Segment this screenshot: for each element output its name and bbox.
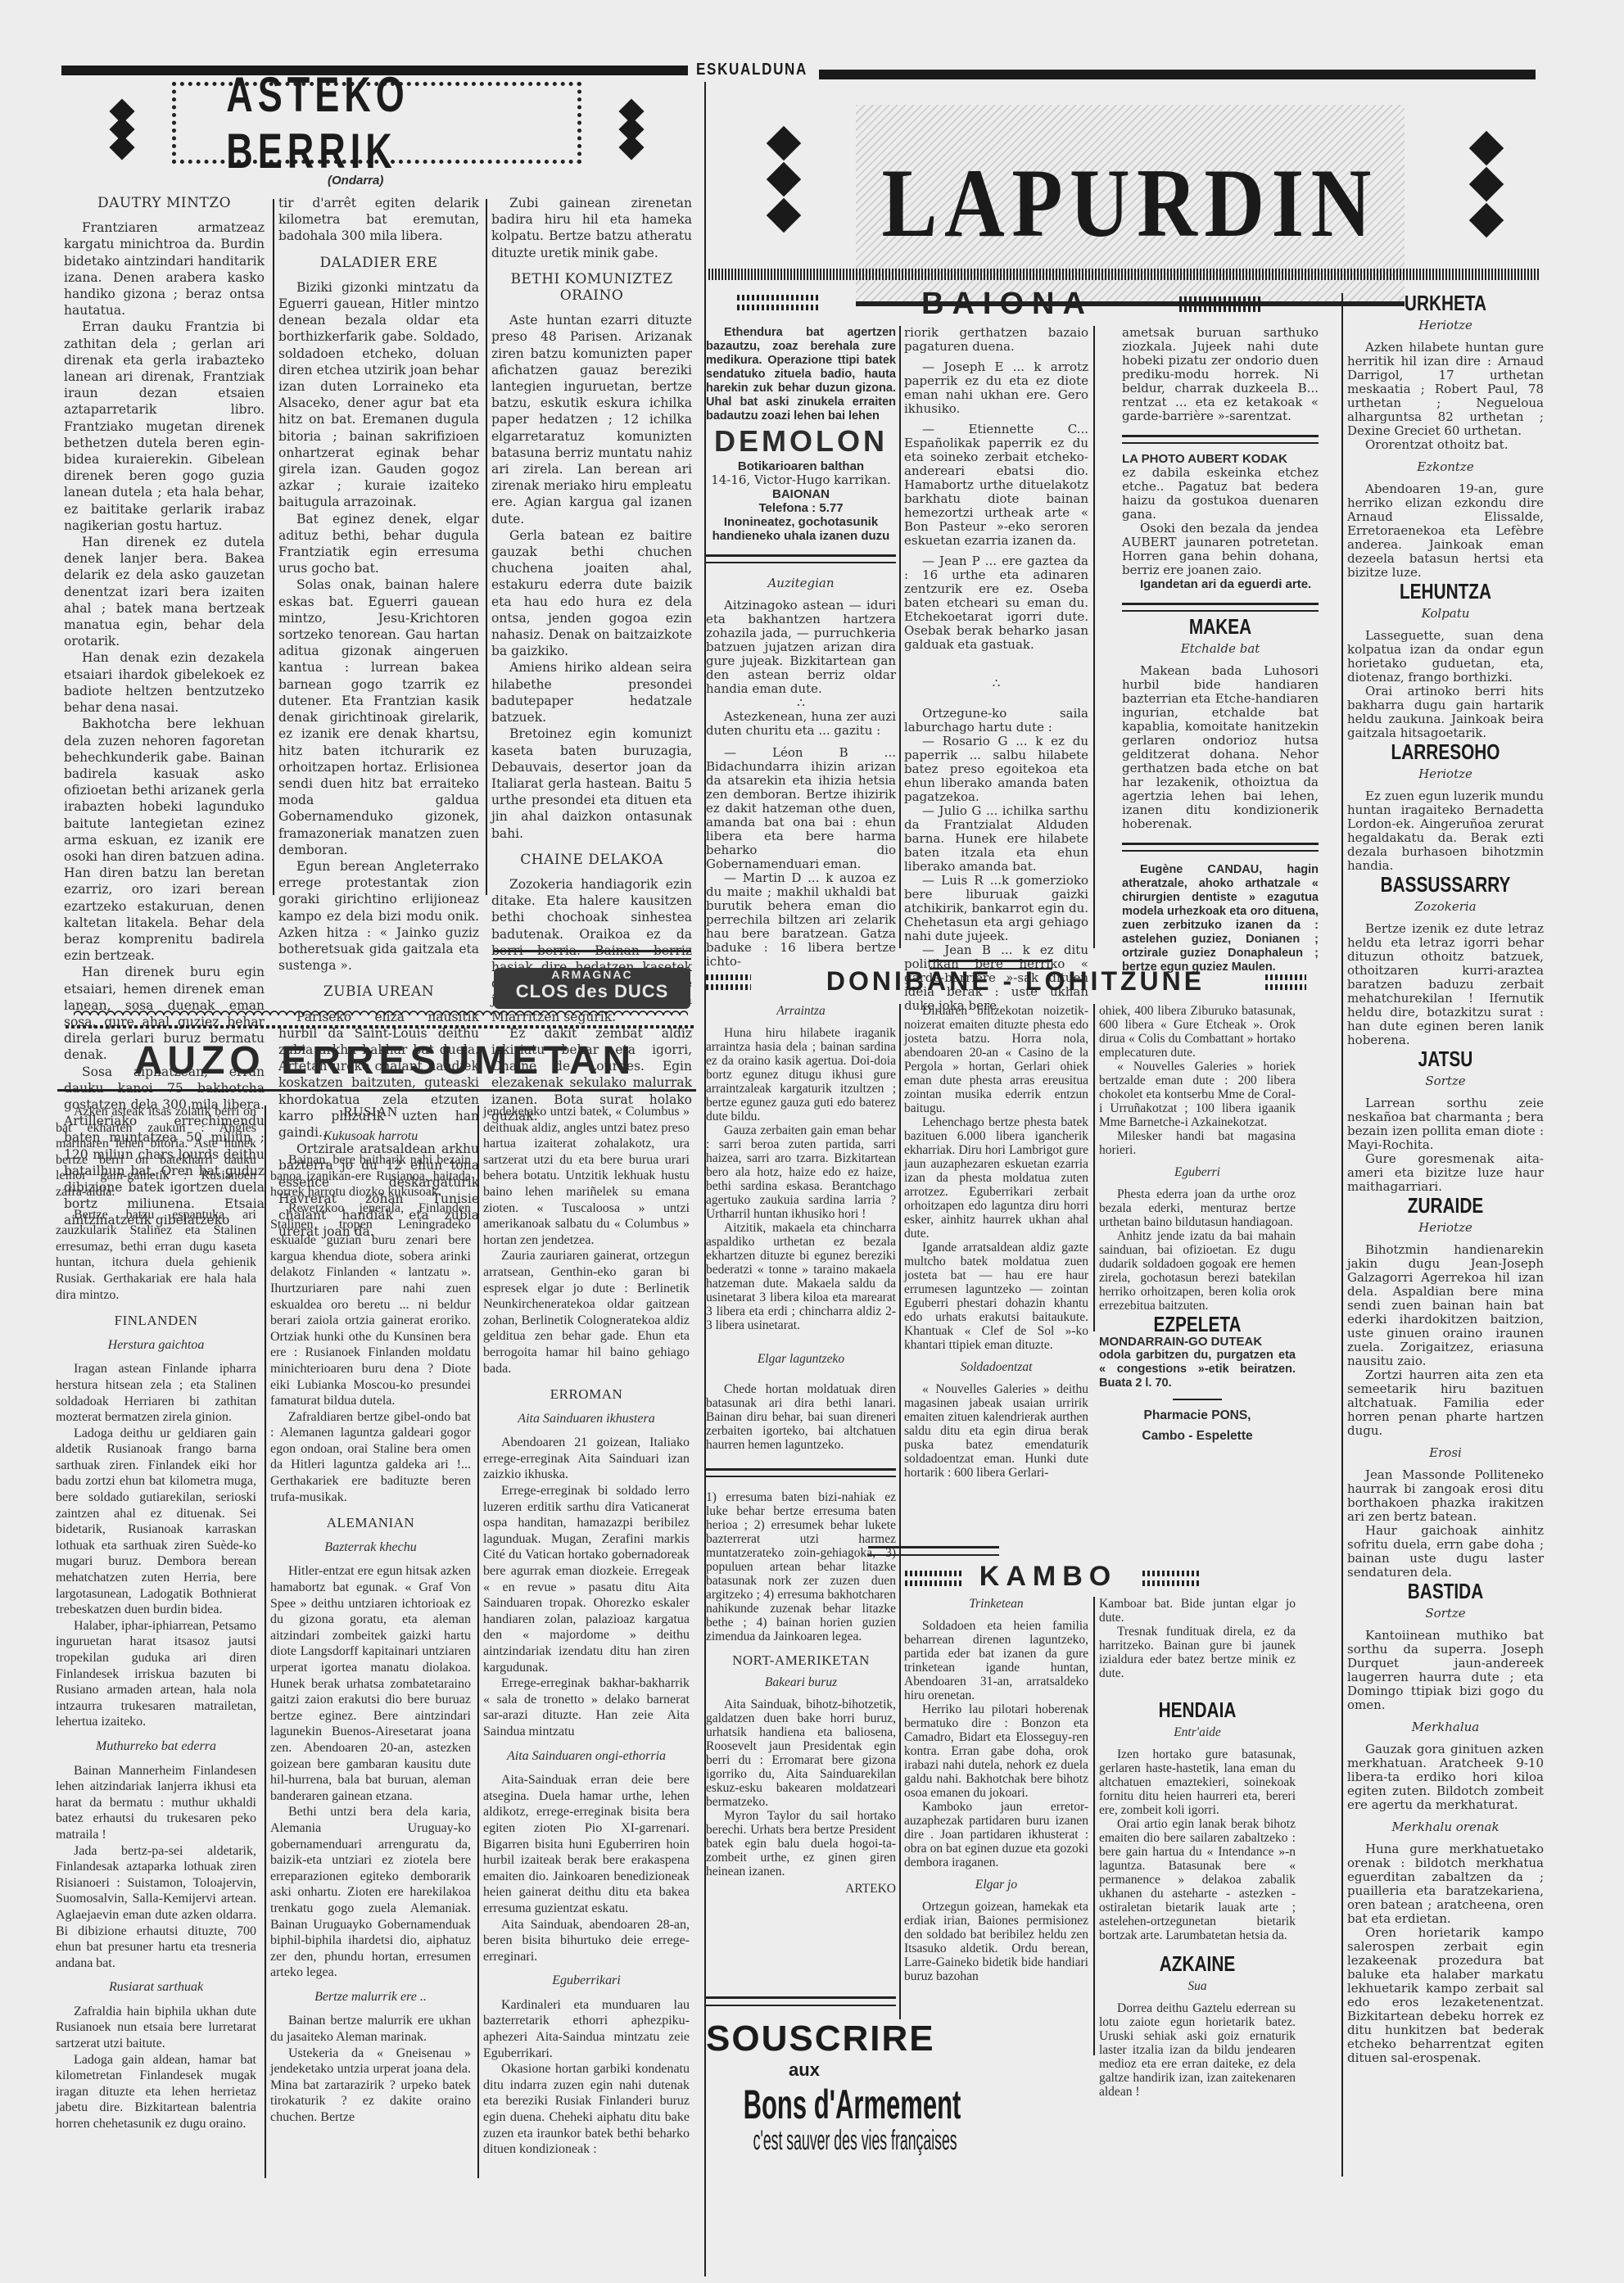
article-donibane-col2: Diruaren biltzekotan noizetik-noizerat e…: [904, 1004, 1088, 1480]
article-paragraph: Tresnak fundituak direla, ez da harritze…: [1099, 1625, 1296, 1680]
article-paragraph: Ladoga gain aldean, hamar bat kilometret…: [56, 2052, 256, 2132]
article-subheading: Heriotze: [1347, 319, 1544, 332]
article-subheading: Etchalde bat: [1122, 642, 1319, 656]
article-paragraph: Phesta ederra joan da urthe oroz bezala …: [1099, 1187, 1296, 1229]
article-kambo-col2: Kamboar bat. Bide juntan elgar jo dute. …: [1099, 1597, 1296, 2099]
article-paragraph: Astezkenean, huna zer auzi duten churitu…: [706, 710, 896, 738]
article-paragraph: jendeketako untzi batek, « Columbus » de…: [483, 1104, 690, 1248]
article-paragraph: Makean bada Luhosori hurbil bide handiar…: [1122, 664, 1319, 831]
diamond-icon: [767, 198, 801, 233]
text-block: Cambo - Espelette: [1099, 1429, 1296, 1443]
newspaper-name: ESKUALDUNA: [696, 61, 807, 79]
article-paragraph: Amiens hiriko aldean seira hilabethe pre…: [491, 659, 692, 726]
article-heading: ZUBIA UREAN: [278, 983, 479, 1000]
article-paragraph: Ethendura bat agertzen bazautzu, zoaz be…: [706, 326, 896, 423]
article-paragraph: 1) erresuma baten bizi-nahiak ez luke be…: [706, 1490, 896, 1643]
article-subheading: Eguberrikari: [483, 1973, 690, 1989]
article-paragraph: Okasione hortan garbiki kondenatu ditu i…: [483, 2061, 690, 2158]
article-subheading: Arraintza: [706, 1004, 896, 1018]
article-paragraph: Aita Sainduak, abendoaren 28-an, beren b…: [483, 1917, 690, 1965]
article-paragraph: — Léon B ... Bidachundarra ihizin arizan…: [706, 746, 896, 871]
dotted-ornament: [1142, 1571, 1200, 1587]
dotted-ornament: [905, 1571, 962, 1587]
town-heading: ZURAIDE: [1367, 1199, 1524, 1213]
article-paragraph: Aste huntan ezarri dituzte preso 48 Pari…: [491, 312, 692, 527]
article-subheading: Muthurreko bat ederra: [56, 1738, 256, 1755]
article-heading: RUSIAN: [270, 1104, 471, 1120]
ad-souscrire: SOUSCRIRE aux Bons d'Armement c'est sauv…: [706, 2019, 902, 2157]
town-heading: EZPELETA: [1119, 1318, 1276, 1331]
article-paragraph: Ez zuen egun luzerik mundu huntan iragai…: [1347, 789, 1544, 873]
town-heading: MAKEA: [1142, 620, 1299, 634]
article-paragraph: Izen hortako gure batasunak, gerlaren ha…: [1099, 1747, 1296, 1817]
article-finlanden: Azken asteak itsas zolatik berri on bat …: [56, 1104, 256, 2132]
article-subheading: Heriotze: [1347, 1221, 1544, 1235]
text-block: MONDARRAIN-GO DUTEAK: [1099, 1335, 1296, 1349]
article-paragraph: Kamboar bat. Bide juntan elgar jo dute.: [1099, 1597, 1296, 1625]
article-paragraph: Bertze izenik ez dute letraz heldu eta l…: [1347, 922, 1544, 1047]
dotted-ornament: [706, 974, 751, 991]
text-block: 14-16, Victor-Hugo karrikan.: [706, 473, 896, 487]
text-block: [706, 1468, 896, 1477]
diamond-icon: [1469, 203, 1504, 237]
article-paragraph: Aita Sainduak, bihotz-bihotzetik, galdat…: [706, 1698, 896, 1809]
article-paragraph: Biziki gizonki mintzatu da Eguerri gauea…: [278, 279, 479, 511]
article-paragraph: — Luis R ...k gomerzioko bere liburuak g…: [904, 874, 1088, 943]
article-paragraph: Halaber, iphar-iphiarrean, Petsamo ingur…: [56, 1618, 256, 1730]
article-paragraph: Diruaren biltzekotan noizetik-noizerat e…: [904, 1004, 1088, 1115]
article-paragraph: Solas onak, bainan halere eskas bat. Egu…: [278, 576, 479, 857]
town-heading: LEHUNTZA: [1367, 585, 1524, 599]
section-subtitle: (Ondarra): [328, 174, 383, 188]
town-heading: AZKAINE: [1119, 1957, 1276, 1971]
dotted-ornament: [737, 295, 819, 311]
article-paragraph: Orai artio egin lanak berak bihotz emait…: [1099, 1817, 1296, 1942]
article-subheading: Sua: [1099, 1979, 1296, 1993]
column-rule: [273, 199, 274, 895]
article-paragraph: Kardinaleri eta munduaren lau bazterreta…: [483, 1997, 690, 2061]
column-rule: [486, 199, 487, 895]
hatched-rule: [708, 269, 1540, 280]
article-paragraph: Bakhotcha bere lekhuan dela zuzen nehore…: [64, 716, 265, 964]
column-rule: [265, 1105, 266, 2178]
article-paragraph: — Joseph E ... k arrotz paperrik ez du e…: [904, 360, 1088, 416]
article-paragraph: Gure goresmenak aita-ameri eta bizitze l…: [1347, 1152, 1544, 1194]
article-paragraph: Milesker handi bat magasina horieri.: [1099, 1129, 1296, 1157]
article-paragraph: Zubi gainean zirenetan badira hiru hil e…: [491, 195, 692, 261]
article-paragraph: Iragan astean Finlande ipharra herstura …: [56, 1361, 256, 1425]
diamond-icon: [767, 126, 801, 160]
article-rusian: RUSIAN Kukusoak harrotu Bainan, bere bai…: [270, 1104, 471, 2126]
article-subheading: Bazterrak khechu: [270, 1539, 471, 1556]
article-paragraph: Bainan bertze malurrik ere ukhan du jasa…: [270, 2013, 471, 2045]
article-paragraph: Zafraldia hain biphila ukhan dute Rusian…: [56, 2004, 256, 2052]
article-paragraph: Bainan, bere baitharik nahi bezain banoa…: [270, 1152, 471, 1200]
article-paragraph: Larrean sorthu zeie neskañoa bat charman…: [1347, 1096, 1544, 1152]
article-paragraph: Huna hiru hilabete iraganik arraintza ha…: [706, 1026, 896, 1123]
article-subheading: Bertze malurrik ere ..: [270, 1989, 471, 2005]
article-paragraph: Gauzak gora ginituen azken merkhatuan. A…: [1347, 1743, 1544, 1812]
article-paragraph: — Martin D ... k auzoa ez du maite ; mak…: [706, 871, 896, 969]
text-block: [1173, 1399, 1222, 1400]
article-paragraph: ohiek, 400 libera Ziburuko batasunak, 60…: [1099, 1004, 1296, 1060]
article-paragraph: Zortzi haurren aita zen eta semeetarik h…: [1347, 1368, 1544, 1438]
article-paragraph: Dorrea deithu Gaztelu ederrean su lotu z…: [1099, 2001, 1296, 2099]
diamond-icon: [1469, 167, 1504, 201]
article-paragraph: Huna gure merkhatuetako orenak : bildotc…: [1347, 1842, 1544, 1926]
article-subheading: Rusiarat sarthuak: [56, 1979, 256, 1996]
article-paragraph: Myron Taylor du sail hortako berechi. Ur…: [706, 1809, 896, 1878]
article-paragraph: Igande arratsaldean aldiz gazte multcho …: [904, 1241, 1088, 1352]
town-heading: BASSUSSARRY: [1367, 878, 1524, 892]
article-donibane-col3: ohiek, 400 libera Ziburuko batasunak, 60…: [1099, 1004, 1296, 1443]
article-subheading: Herstura gaichtoa: [56, 1337, 256, 1354]
section-title-donibane: DONIBANE - LOHITZUNE: [770, 966, 1261, 997]
column-rule: [899, 326, 901, 948]
article-subheading: Elgar laguntzeko: [706, 1352, 896, 1366]
article-heading: CHAINE DELAKOA: [491, 852, 692, 868]
article-subheading: Sortze: [1347, 1074, 1544, 1088]
article-subheading: Auzitegian: [706, 576, 896, 590]
column-rule: [1093, 326, 1095, 948]
article-baiona-col3: ametsak buruan sarthuko ziozkala. Jujeek…: [1122, 326, 1319, 974]
article-paragraph: Bertze batzu espantuka ari zauzkularik S…: [56, 1207, 256, 1304]
article-paragraph: riorik gerthatzen bazaio pagaturen duena…: [904, 326, 1088, 354]
article-paragraph: Ladoga deithu ur geldiaren gain aldetik …: [56, 1426, 256, 1618]
article-heading: DALADIER ERE: [278, 255, 479, 271]
article-paragraph: Aita-Sainduak erran deie bere atsegina. …: [483, 1772, 690, 1916]
section-title-kambo: KAMBO: [975, 1561, 1122, 1593]
article-paragraph: Kantoiinean muthiko bat sorthu da superr…: [1347, 1629, 1544, 1712]
text-block: BAIONAN: [706, 487, 896, 501]
text-block: Inonineatez, gochotasunik handieneko uha…: [706, 515, 896, 543]
article-subheading: Kolpatu: [1347, 607, 1544, 621]
article-paragraph: Revetzkoo jenerala, Finlanden Stalinen t…: [270, 1200, 471, 1409]
article-paragraph: Oren horietarik kampo salerospen zerbait…: [1347, 1926, 1544, 2065]
article-paragraph: Azken asteak itsas zolatik berri on bat …: [56, 1104, 256, 1200]
wavy-rule: [74, 1007, 688, 1015]
article-paragraph: Jada bertz-pa-sei aldetarik, Finlandesak…: [56, 1843, 256, 1972]
text-block: [1122, 843, 1319, 852]
town-heading: HENDAIA: [1119, 1703, 1276, 1717]
article-paragraph: Azken hilabete huntan gure herritik hil …: [1347, 341, 1544, 438]
ad-armagnac: ARMAGNAC CLOS des DUCS: [494, 968, 690, 1009]
article-paragraph: Lasseguette, suan dena kolpatua izan da …: [1347, 629, 1544, 685]
article-subheading: Soldadoentzat: [904, 1360, 1088, 1374]
article-subheading: Aita Sainduaren ongi-ethorria: [483, 1748, 690, 1765]
article-paragraph: ametsak buruan sarthuko ziozkala. Jujeek…: [1122, 326, 1319, 423]
article-paragraph: Gerla batean ez baitire gauzak bethi chu…: [491, 527, 692, 660]
article-paragraph: Aitzitik, makaela eta chincharra aspaldi…: [706, 1221, 896, 1332]
article-paragraph: « Nouvelles Galeries » horiek bertzalde …: [1099, 1060, 1296, 1129]
article-paragraph: Errege-erreginak bakhar-bakharrik « sala…: [483, 1675, 690, 1739]
text-block: ∴: [904, 676, 1088, 690]
double-rule: [493, 950, 691, 960]
article-heading: BETHI KOMUNIZTEZ ORAINO: [491, 271, 692, 304]
article-kambo-col1: Trinketean Soldadoen eta heien familia b…: [904, 1597, 1088, 1983]
dotted-ornament: [1179, 296, 1261, 313]
town-heading: JATSU: [1367, 1052, 1524, 1066]
article-paragraph: Bretoinez egin komunizt kaseta baten bur…: [491, 726, 692, 841]
column-rule: [1093, 1004, 1095, 1331]
article-paragraph: Chede hortan moldatuak diren batasunak a…: [706, 1382, 896, 1452]
article-paragraph: Kamboko jaun erretor-auzaphezak partidar…: [904, 1800, 1088, 1869]
town-heading: LARRESOHO: [1367, 745, 1524, 759]
text-block: ARTEKO: [706, 1882, 896, 1896]
article-paragraph: « Nouvelles Galeries » deithu magasinen …: [904, 1382, 1088, 1480]
article-paragraph: Osoki den bezala da jendea AUBERT jaunar…: [1122, 522, 1319, 577]
article-paragraph: Hitler-entzat ere egun hitsak azken hama…: [270, 1563, 471, 1804]
article-subheading: Zozokeria: [1347, 900, 1544, 914]
dotted-rule: [66, 1025, 696, 1028]
article-paragraph: Ustekeria da « Gneisenau » jendeketako u…: [270, 2046, 471, 2126]
article-paragraph: Bihotzmin handienarekin jakin dugu Jean-…: [1347, 1243, 1544, 1368]
article-paragraph: Gauza zerbaiten gain eman behar : sarri …: [706, 1123, 896, 1221]
column-rule: [477, 1105, 479, 2178]
article-paragraph: Haur gaichoak ainhitz sofritu duela, err…: [1347, 1524, 1544, 1580]
article-paragraph: — Jean P ... ere gaztea da : 16 urthe et…: [904, 554, 1088, 652]
article-heading: NORT-AMERIKETAN: [706, 1653, 896, 1667]
town-heading: URKHETA: [1367, 296, 1524, 310]
article-paragraph: tir d'arrêt egiten delarik kilometra bat…: [278, 195, 479, 245]
article-heading: DAUTRY MINTZO: [64, 195, 265, 211]
column-rule: [1093, 1597, 1095, 2055]
text-block: ∴: [706, 696, 896, 710]
article-subheading: Bakeari buruz: [706, 1675, 896, 1689]
article-subheading: Sortze: [1347, 1607, 1544, 1621]
article-paragraph: Ortzegun goizean, hamekak eta erdiak iri…: [904, 1900, 1088, 1983]
column-rule: [1341, 293, 1343, 2177]
text-block: Botikarioaren balthan: [706, 459, 896, 473]
text-block: Pharmacie PONS,: [1099, 1408, 1296, 1422]
article-subheading: Ezkontze: [1347, 460, 1544, 474]
article-paragraph: Eugène CANDAU, hagin atheratzale, ahoko …: [1122, 863, 1319, 974]
article-paragraph: Zauria zauriaren gainerat, ortzegun arra…: [483, 1248, 690, 1377]
diamond-icon: [1469, 131, 1504, 165]
article-paragraph: Orai artinoko berri hits bakharra dugu g…: [1347, 685, 1544, 740]
article-paragraph: Igandetan ari da eguerdi arte.: [1122, 577, 1319, 591]
article-subheading: Elgar jo: [904, 1878, 1088, 1892]
diamond-icon: [618, 134, 644, 160]
article-paragraph: Bethi untzi bera dela karia, Alemania Ur…: [270, 1804, 471, 1981]
article-donibane-col1: Arraintza Huna hiru hilabete iraganik ar…: [706, 1004, 896, 1896]
village-news-column: URKHETA Heriotze Azken hilabete huntan g…: [1347, 292, 1544, 2065]
article-subheading: Erosi: [1347, 1446, 1544, 1460]
article-paragraph: Bat eginez denek, elgar adituz bethi, be…: [278, 511, 479, 577]
article-paragraph: Aitzinagoko astean — iduri eta bakhantze…: [706, 599, 896, 696]
article-baiona-col1: Ethendura bat agertzen bazautzu, zoaz be…: [706, 326, 896, 969]
text-block: [1122, 435, 1319, 444]
article-subheading: Entr'aide: [1099, 1725, 1296, 1739]
text-block: [1122, 603, 1319, 612]
section-title-auzo: AUZO ERRESUMETAN: [74, 1038, 696, 1083]
article-baiona-col2: riorik gerthatzen bazaio pagaturen duena…: [904, 326, 1088, 1013]
article-subheading: Kukusoak harrotu: [270, 1128, 471, 1145]
diamond-icon: [109, 134, 134, 160]
double-rule: [868, 1546, 999, 1556]
article-paragraph: Bainan Mannerheim Finlandesen lehen aitz…: [56, 1763, 256, 1843]
article-paragraph: odola garbitzen du, purgatzen eta « cong…: [1099, 1349, 1296, 1390]
article-subheading: Heriotze: [1347, 767, 1544, 781]
article-paragraph: Lehenchago bertze phesta batek bazituen …: [904, 1115, 1088, 1241]
article-erroman: jendeketako untzi batek, « Columbus » de…: [483, 1104, 690, 2158]
article-paragraph: Ororentzat othoitz bat.: [1347, 438, 1544, 452]
article-paragraph: Han direnek ez dutela denek lanjer bera.…: [64, 534, 265, 649]
article-paragraph: Jean Massonde Polliteneko haurrak bi zan…: [1347, 1468, 1544, 1524]
article-subheading: Trinketean: [904, 1597, 1088, 1611]
article-paragraph: Errege-erreginak bi soldado lerro luzere…: [483, 1483, 690, 1675]
article-paragraph: Abendoaren 21 goizean, Italiako errege-e…: [483, 1435, 690, 1483]
double-rule: [706, 1996, 896, 2006]
article-paragraph: — Julio G ... ichilka sarthu da Frantzia…: [904, 804, 1088, 874]
article-paragraph: ez dabila eskeinka etchez etche.. Pagatu…: [1122, 466, 1319, 522]
article-subheading: Eguberri: [1099, 1165, 1296, 1179]
diamond-icon: [767, 162, 801, 197]
article-paragraph: Egun berean Angleterrako errege protesta…: [278, 858, 479, 974]
text-block: DEMOLON: [706, 423, 896, 459]
dotted-ornament: [1265, 974, 1306, 991]
article-heading: ALEMANIAN: [270, 1515, 471, 1531]
article-paragraph: Zafraldiaren bertze gibel-ondo bat : Ale…: [270, 1409, 471, 1506]
article-paragraph: — Rosario G ... k ez du paperrik ... sal…: [904, 735, 1088, 804]
title-underline: [57, 1089, 696, 1092]
top-rule-right: [819, 70, 1536, 79]
newspaper-page: ESKUALDUNA ASTEKO BERRIK (Ondarra) DAUTR…: [0, 0, 1624, 2283]
text-block: Telefona : 5.77: [706, 501, 896, 515]
article-paragraph: Frantziaren armatzeaz kargatu minichtroa…: [64, 219, 265, 319]
text-block: LA PHOTO AUBERT KODAK: [1122, 452, 1319, 466]
article-paragraph: Ortzegune-ko saila laburchago hartu dute…: [904, 707, 1088, 735]
article-paragraph: — Etiennette C... Españolikak paperrik e…: [904, 423, 1088, 548]
article-subheading: Merkhalu orenak: [1347, 1820, 1544, 1834]
column-rule: [899, 1004, 901, 2019]
article-paragraph: Abendoaren 19-an, gure herriko elizan ez…: [1347, 482, 1544, 580]
text-block: [706, 554, 896, 563]
article-paragraph: Han denak ezin dezakela etsaiari ihardok…: [64, 649, 265, 716]
article-paragraph: Erran dauku Frantzia bi zathitan dela ; …: [64, 319, 265, 534]
article-subheading: Merkhalua: [1347, 1720, 1544, 1734]
article-heading: FINLANDEN: [56, 1313, 256, 1329]
section-title-baiona: BAIONA: [884, 287, 1130, 322]
article-paragraph: Herriko lau pilotari hoberenak bermatuko…: [904, 1702, 1088, 1800]
article-paragraph: Anhitz jende izatu da bai mahain saindua…: [1099, 1229, 1296, 1313]
article-paragraph: Soldadoen eta heien familia beharrean di…: [904, 1619, 1088, 1702]
article-heading: ERROMAN: [483, 1386, 690, 1403]
article-subheading: Aita Sainduaren ikhustera: [483, 1411, 690, 1427]
town-heading: BASTIDA: [1367, 1585, 1524, 1598]
section-title-asteko-berrik: ASTEKO BERRIK: [172, 82, 581, 164]
